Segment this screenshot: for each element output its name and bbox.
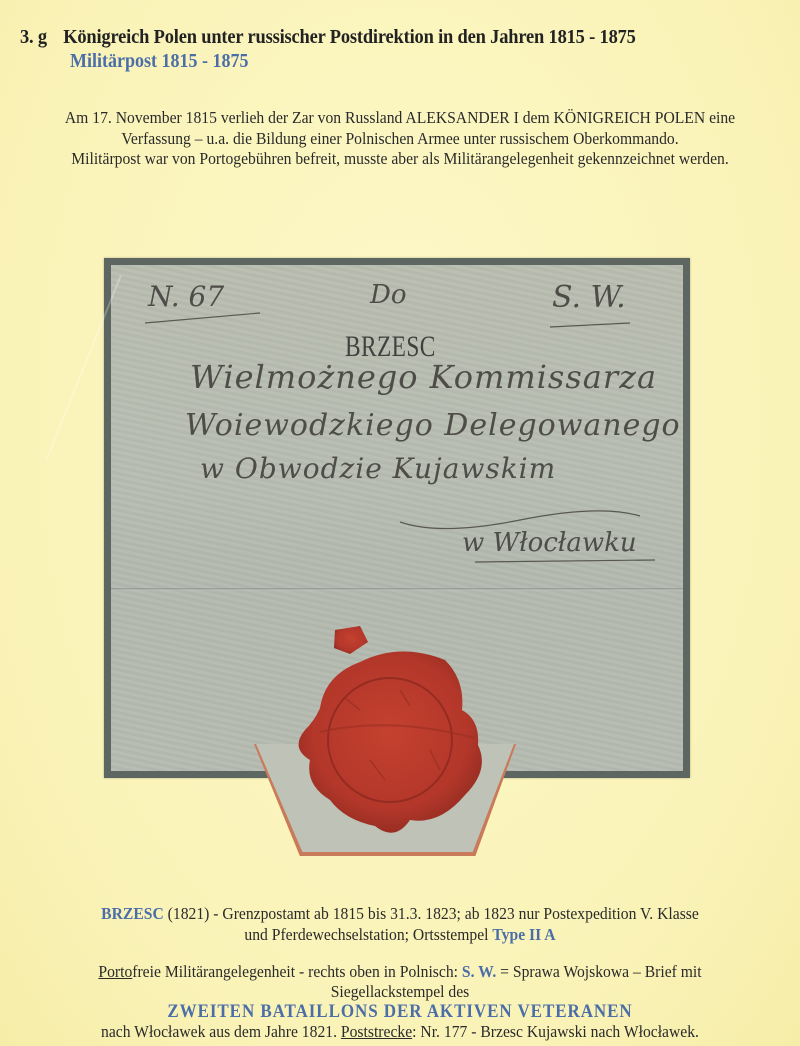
poststrecke-underlined: Poststrecke (341, 1022, 412, 1041)
caption-text: Siegellackstempel des (32, 982, 768, 1002)
caption-text: nach Włocławek aus dem Jahre 1821. (101, 1022, 341, 1041)
caption-text: freie Militärangelegenheit - rechts oben… (132, 962, 462, 981)
intro-paragraph: Am 17. November 1815 verlieh der Zar von… (32, 108, 768, 170)
sw-marking: S. W. (462, 962, 496, 981)
caption-text: = Sprawa Wojskowa – Brief mit (496, 962, 701, 981)
postmark-description: BRZESC (1821) - Grenzpostamt ab 1815 bis… (32, 903, 768, 945)
intro-line: Am 17. November 1815 verlieh der Zar von… (32, 108, 768, 129)
header-underlines (140, 305, 660, 335)
page-subtitle: Militärpost 1815 - 1875 (70, 50, 727, 73)
address-line-2: Woiewodzkiego Delegowanego (185, 408, 681, 443)
intro-line: Verfassung – u.a. die Bildung einer Poln… (32, 129, 768, 150)
cover-description: Portofreie Militärangelegenheit - rechts… (32, 962, 768, 1042)
postmark-history: (1821) - Grenzpostamt ab 1815 bis 31.3. … (164, 904, 699, 923)
caption-text: und Pferdewechselstation; Ortsstempel (244, 925, 492, 944)
title-text: Königreich Polen unter russischer Postdi… (63, 26, 636, 48)
page-header: 3. gKönigreich Polen unter russischer Po… (20, 26, 800, 73)
route-text: : Nr. 177 - Brzesc Kujawski nach Włocław… (412, 1022, 699, 1041)
postmark-type: Type II A (492, 925, 555, 944)
address-underline (380, 510, 660, 570)
address-line-3: w Obwodzie Kujawskim (200, 452, 556, 485)
town-name: BRZESC (101, 904, 164, 923)
intro-line: Militärpost war von Portogebühren befrei… (32, 149, 768, 170)
page-title: 3. gKönigreich Polen unter russischer Po… (20, 26, 722, 49)
section-number: 3. g (20, 26, 63, 49)
red-wax-seal (290, 620, 490, 840)
fold-line (111, 588, 683, 591)
battalion-name: ZWEITEN BATAILLONS DER AKTIVEN VETERANEN (32, 1002, 768, 1022)
address-line-1: Wielmożnego Kommissarza (190, 358, 657, 396)
porto-underlined: Porto (98, 962, 132, 981)
